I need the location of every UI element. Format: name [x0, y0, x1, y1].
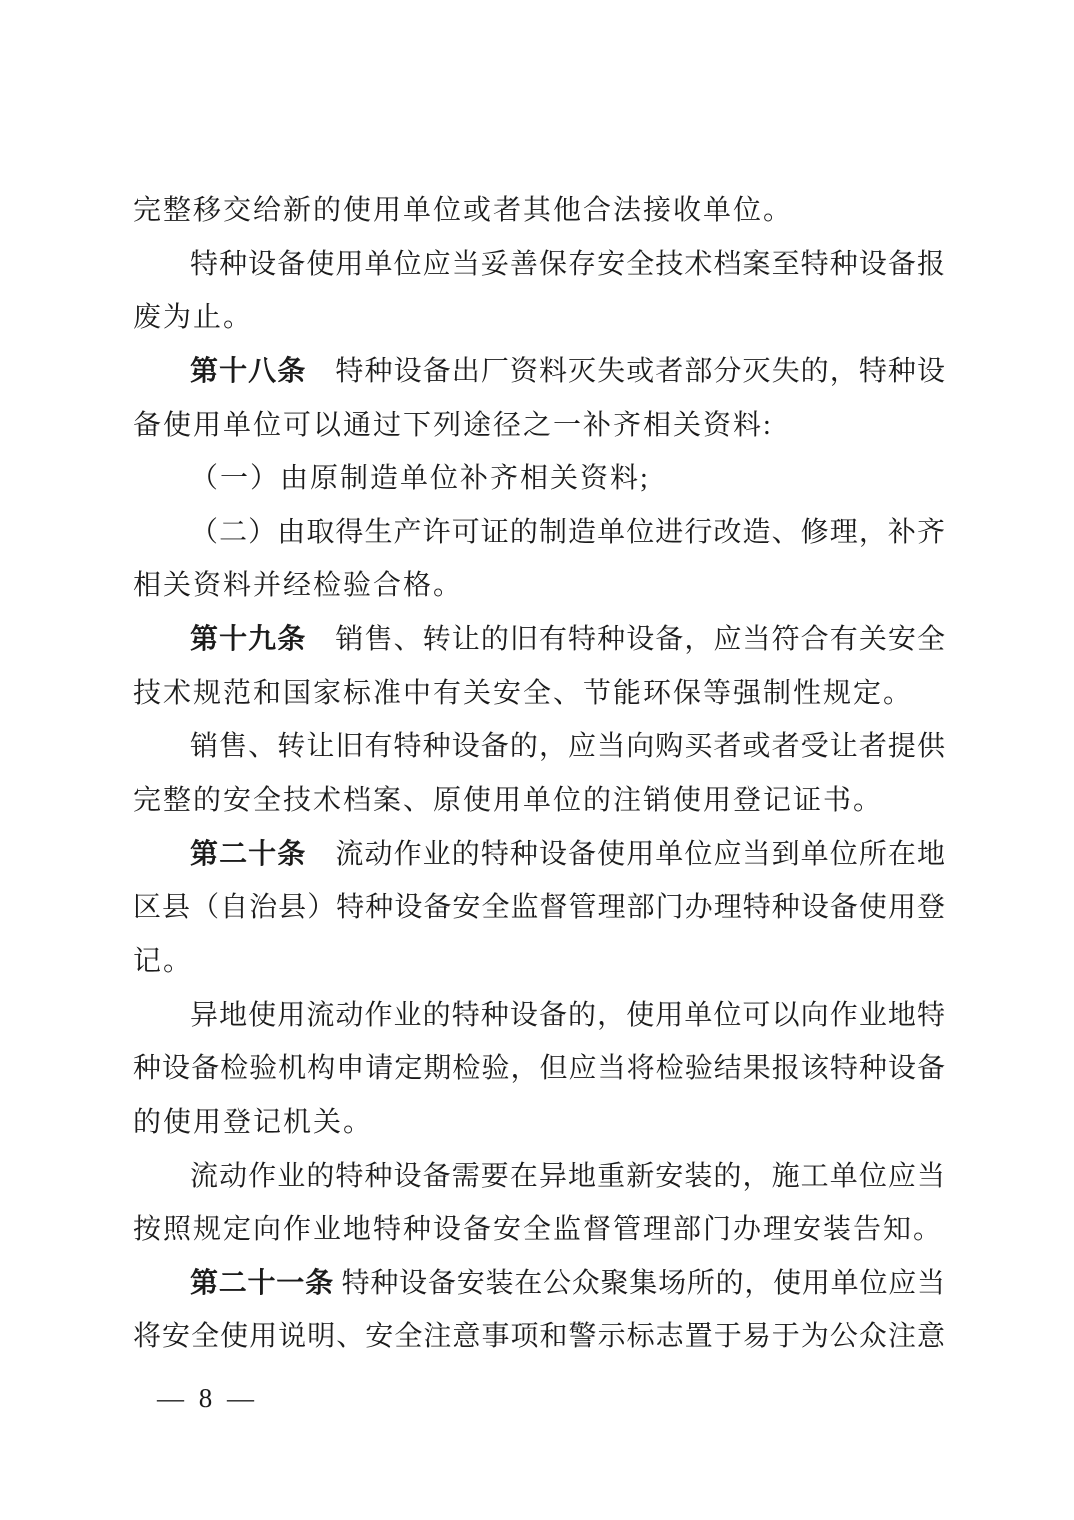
line-text: 废为止。 [133, 302, 253, 333]
line-text: 销售、转让旧有特种设备的，应当向购买者或者受让者提供 [190, 731, 945, 762]
line-text: （一）由原制造单位补齐相关资料; [190, 463, 650, 494]
document-page: 完整移交给新的使用单位或者其他合法接收单位。特种设备使用单位应当妥善保存安全技术… [0, 0, 1074, 1520]
article-number: 第十九条 [190, 624, 306, 655]
article-separator [334, 1268, 342, 1299]
line-text: 异地使用流动作业的特种设备的，使用单位可以向作业地特 [190, 1000, 945, 1031]
line-text: 完整的安全技术档案、原使用单位的注销使用登记证书。 [133, 785, 883, 816]
text-line: 特种设备使用单位应当妥善保存安全技术档案至特种设备报 [133, 238, 945, 292]
text-line: 流动作业的特种设备需要在异地重新安装的，施工单位应当 [133, 1150, 945, 1204]
text-line: 第二十条 流动作业的特种设备使用单位应当到单位所在地 [133, 828, 945, 882]
line-text: 销售、转让的旧有特种设备，应当符合有关安全 [335, 624, 945, 655]
line-text: 按照规定向作业地特种设备安全监督管理部门办理安装告知。 [133, 1214, 943, 1245]
text-line: 技术规范和国家标准中有关安全、节能环保等强制性规定。 [133, 667, 945, 721]
text-line: 第二十一条 特种设备安装在公众聚集场所的，使用单位应当 [133, 1257, 945, 1311]
article-separator [306, 356, 335, 387]
text-line: 记。 [133, 935, 945, 989]
line-text: 将安全使用说明、安全注意事项和警示标志置于易于为公众注意 [133, 1321, 945, 1352]
page-number: — 8 — [157, 1383, 258, 1413]
text-line: 废为止。 [133, 291, 945, 345]
line-text: 特种设备使用单位应当妥善保存安全技术档案至特种设备报 [190, 249, 945, 280]
text-line: 按照规定向作业地特种设备安全监督管理部门办理安装告知。 [133, 1203, 945, 1257]
text-line: 完整移交给新的使用单位或者其他合法接收单位。 [133, 184, 945, 238]
line-text: 流动作业的特种设备需要在异地重新安装的，施工单位应当 [190, 1161, 945, 1192]
article-number: 第十八条 [190, 356, 306, 387]
article-separator [306, 624, 335, 655]
text-line: 相关资料并经检验合格。 [133, 559, 945, 613]
line-text: 区县（自治县）特种设备安全监督管理部门办理特种设备使用登 [133, 892, 945, 923]
text-line: 将安全使用说明、安全注意事项和警示标志置于易于为公众注意 [133, 1310, 945, 1364]
line-text: 相关资料并经检验合格。 [133, 570, 463, 601]
line-text: 特种设备出厂资料灭失或者部分灭失的，特种设 [335, 356, 945, 387]
text-line: 完整的安全技术档案、原使用单位的注销使用登记证书。 [133, 774, 945, 828]
line-text: 记。 [133, 946, 193, 977]
article-separator [306, 839, 335, 870]
article-number: 第二十一条 [190, 1268, 334, 1299]
line-text: 特种设备安装在公众聚集场所的，使用单位应当 [342, 1268, 945, 1299]
text-line: 备使用单位可以通过下列途径之一补齐相关资料: [133, 399, 945, 453]
line-text: 技术规范和国家标准中有关安全、节能环保等强制性规定。 [133, 678, 913, 709]
line-text: （二）由取得生产许可证的制造单位进行改造、修理，补齐 [190, 517, 945, 548]
line-text: 的使用登记机关。 [133, 1107, 373, 1138]
line-text: 完整移交给新的使用单位或者其他合法接收单位。 [133, 195, 793, 226]
text-line: 的使用登记机关。 [133, 1096, 945, 1150]
text-line: 第十八条 特种设备出厂资料灭失或者部分灭失的，特种设 [133, 345, 945, 399]
line-text: 备使用单位可以通过下列途径之一补齐相关资料: [133, 410, 773, 441]
line-text: 种设备检验机构申请定期检验，但应当将检验结果报该特种设备 [133, 1053, 945, 1084]
text-line: 销售、转让旧有特种设备的，应当向购买者或者受让者提供 [133, 720, 945, 774]
text-line: 异地使用流动作业的特种设备的，使用单位可以向作业地特 [133, 989, 945, 1043]
article-number: 第二十条 [190, 839, 306, 870]
line-text: 流动作业的特种设备使用单位应当到单位所在地 [335, 839, 945, 870]
text-line: （二）由取得生产许可证的制造单位进行改造、修理，补齐 [133, 506, 945, 560]
text-line: 种设备检验机构申请定期检验，但应当将检验结果报该特种设备 [133, 1042, 945, 1096]
text-line: 第十九条 销售、转让的旧有特种设备，应当符合有关安全 [133, 613, 945, 667]
text-line: 区县（自治县）特种设备安全监督管理部门办理特种设备使用登 [133, 881, 945, 935]
document-body: 完整移交给新的使用单位或者其他合法接收单位。特种设备使用单位应当妥善保存安全技术… [133, 184, 945, 1364]
text-line: （一）由原制造单位补齐相关资料; [133, 452, 945, 506]
